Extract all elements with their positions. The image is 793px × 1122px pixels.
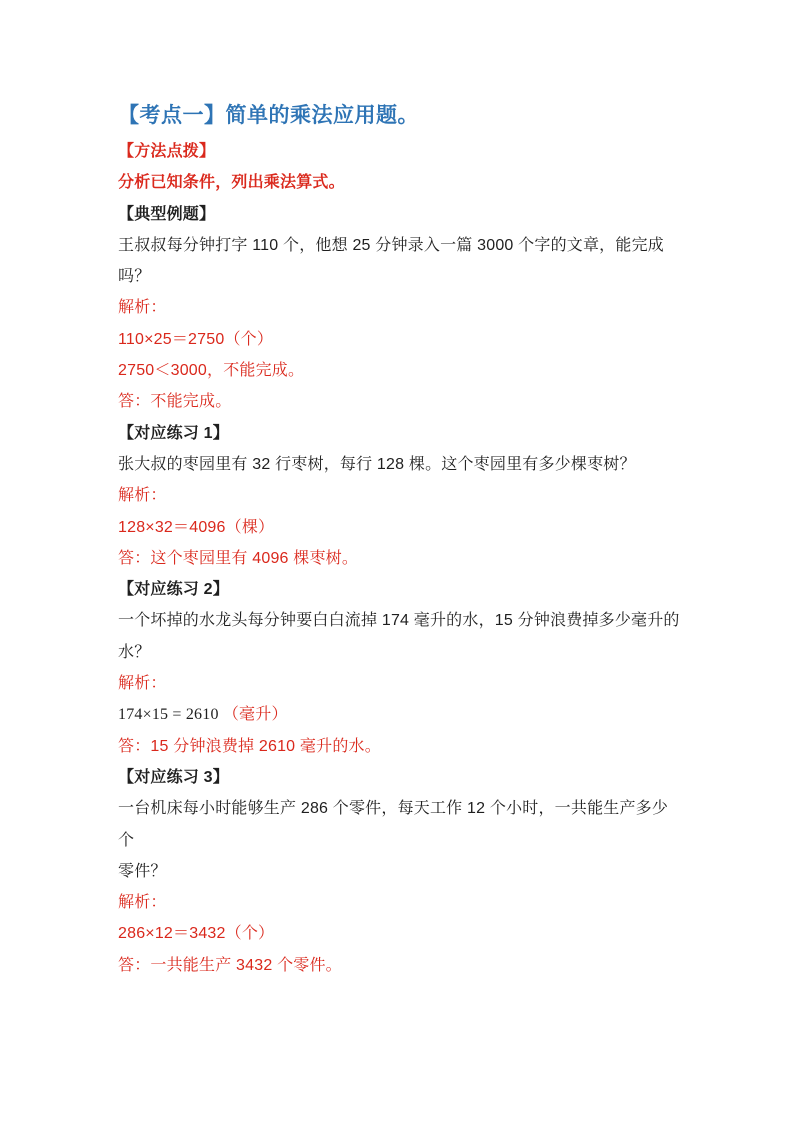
practice1-answer: 答：这个枣园里有 4096 棵枣树。 (118, 543, 683, 574)
practice3-analysis-label: 解析： (118, 887, 683, 918)
example-analysis-label: 解析： (118, 292, 683, 323)
practice1-equation: 128×32＝4096（棵） (118, 512, 683, 543)
example-question: 王叔叔每分钟打字 110 个，他想 25 分钟录入一篇 3000 个字的文章，能… (118, 230, 683, 293)
practice3-question-line: 零件？ (118, 856, 683, 887)
practice2-answer: 答：15 分钟浪费掉 2610 毫升的水。 (118, 731, 683, 762)
method-label: 【方法点拨】 (118, 136, 683, 167)
practice2-question-line: 一个坏掉的水龙头每分钟要白白流掉 174 毫升的水，15 分钟浪费掉多少毫升的 (118, 605, 683, 636)
practice3-answer: 答：一共能生产 3432 个零件。 (118, 950, 683, 981)
practice2-analysis-label: 解析： (118, 668, 683, 699)
example-answer: 答：不能完成。 (118, 386, 683, 417)
example-header: 【典型例题】 (118, 199, 683, 230)
practice1-analysis-label: 解析： (118, 480, 683, 511)
practice2-header: 【对应练习 2】 (118, 574, 683, 605)
practice3-equation: 286×12＝3432（个） (118, 918, 683, 949)
practice2-equation-expression: 174×15 = 2610 (118, 706, 223, 723)
practice2-equation-unit: （毫升） (223, 706, 288, 723)
example-step: 2750＜3000，不能完成。 (118, 355, 683, 386)
practice1-question: 张大叔的枣园里有 32 行枣树，每行 128 棵。这个枣园里有多少棵枣树？ (118, 449, 683, 480)
practice3-header: 【对应练习 3】 (118, 762, 683, 793)
practice2-question-line: 水？ (118, 637, 683, 668)
method-text: 分析已知条件，列出乘法算式。 (118, 167, 683, 198)
practice1-header: 【对应练习 1】 (118, 418, 683, 449)
practice3-question-line: 一台机床每小时能够生产 286 个零件，每天工作 12 个小时，一共能生产多少个 (118, 793, 683, 856)
example-step: 110×25＝2750（个） (118, 324, 683, 355)
practice2-equation: 174×15 = 2610 （毫升） (118, 699, 683, 730)
document-page: 【考点一】简单的乘法应用题。 【方法点拨】 分析已知条件，列出乘法算式。 【典型… (0, 0, 793, 1122)
section-title: 【考点一】简单的乘法应用题。 (118, 95, 683, 136)
